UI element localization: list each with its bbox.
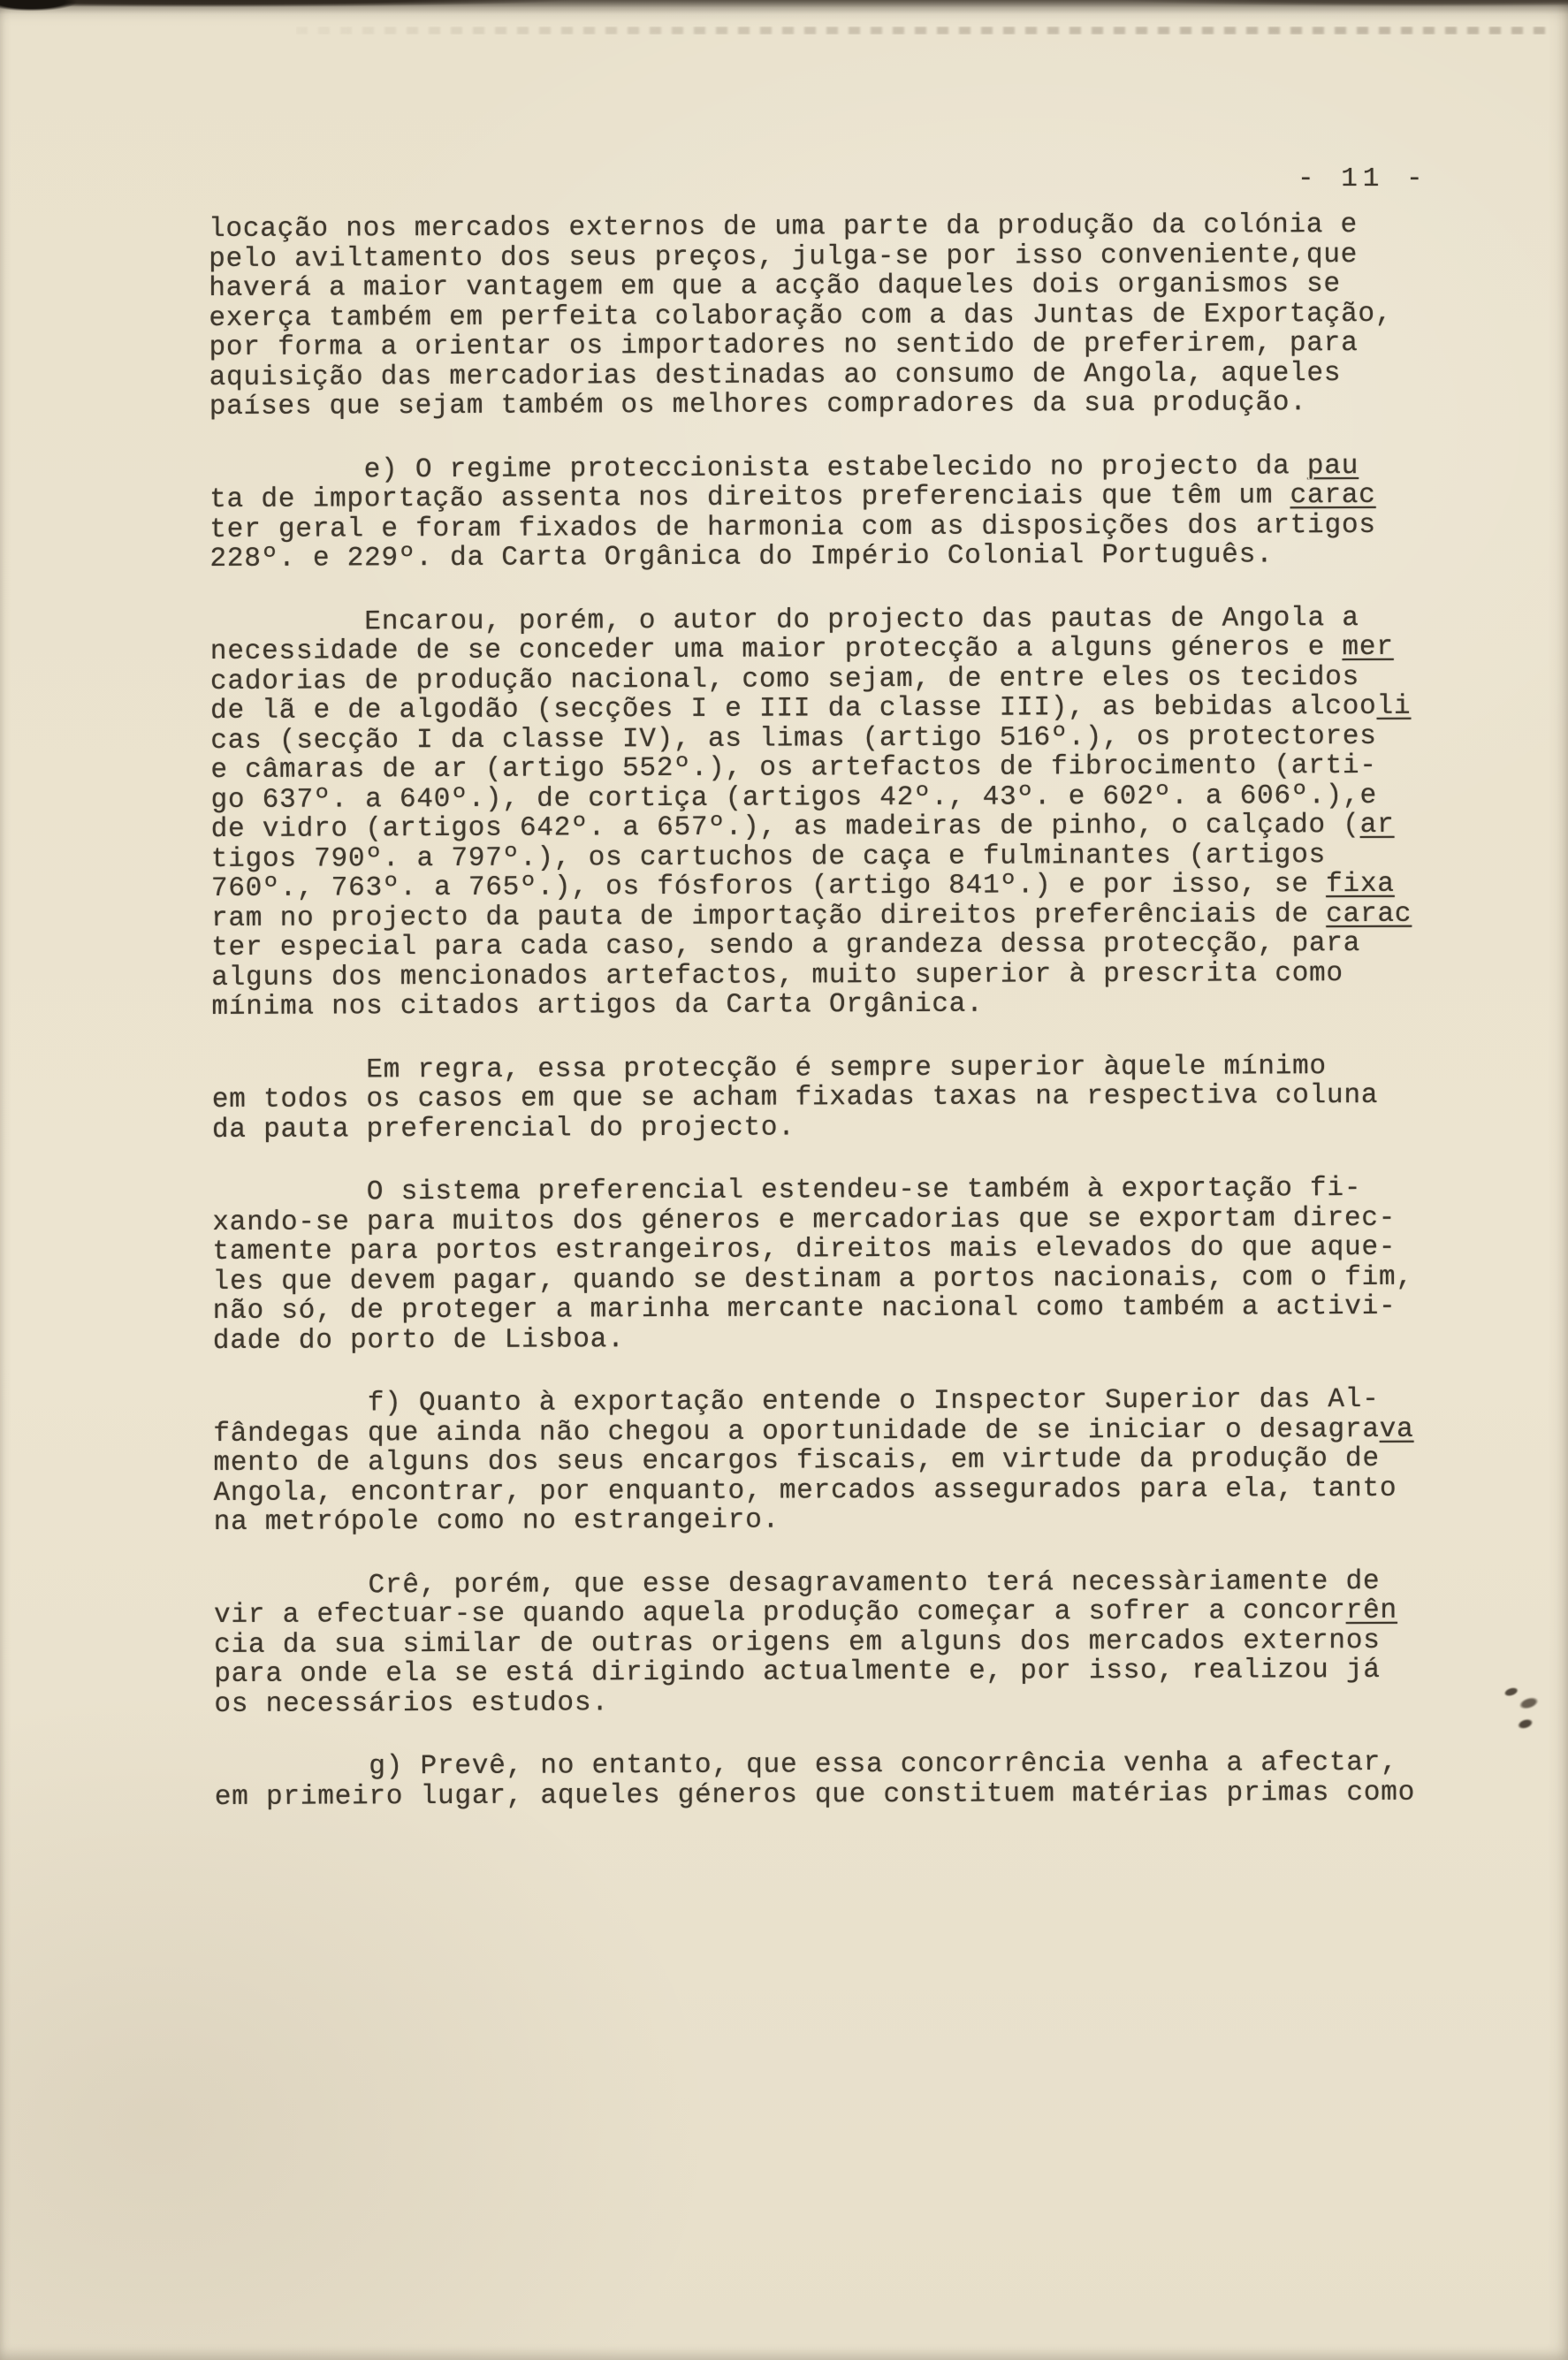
hyphenation-underline: li [1376,691,1411,722]
hyphenation-underline: ar [1360,810,1395,841]
paragraph: e) O regime proteccionista estabelecido … [209,451,1448,574]
text-line: para onde ela se está dirigindo actualme… [214,1656,1451,1690]
text-line: os necessários estudos. [214,1685,1451,1719]
text-line: da pauta preferencial do projecto. [212,1110,1450,1145]
hyphenation-underline: carac [1290,480,1376,511]
text-line: dade do porto de Lisboa. [213,1321,1450,1356]
hyphenation-underline: mer [1342,632,1393,663]
paragraph: locação nos mercados externos de uma par… [209,210,1447,423]
paragraph: Em regra, essa protecção é sempre superi… [212,1051,1450,1145]
text-line: em primeiro lugar, aqueles géneros que c… [215,1778,1452,1812]
paragraph: Crê, porém, que esse desagravamento terá… [214,1566,1452,1719]
hyphenation-underline: va [1380,1413,1414,1444]
page-number: - 11 - [1298,164,1428,194]
hyphenation-underline: rên [1346,1595,1397,1626]
hyphenation-underline: fixa [1326,869,1395,900]
text-line: 228º. e 229º. da Carta Orgânica do Impér… [209,540,1447,575]
text-line: mínima nos citados artigos da Carta Orgâ… [211,988,1449,1023]
paragraph: Encarou, porém, o autor do projecto das … [210,603,1450,1022]
text-line: na metrópole como no estrangeiro. [214,1504,1451,1538]
document-page: - 11 - locação nos mercados externos de … [0,0,1568,2360]
document-text: locação nos mercados externos de uma par… [209,210,1452,1812]
text-line: países que sejam também os melhores comp… [209,388,1447,423]
paragraph: f) Quanto à exportação entende o Inspect… [213,1385,1451,1538]
text-line: Angola, encontrar, por enquanto, mercado… [213,1473,1450,1508]
text-line: alguns dos mencionados artefactos, muito… [211,958,1449,993]
text-line: não só, de proteger a marinha mercante n… [213,1292,1450,1327]
paragraph: O sistema preferencial estendeu-se també… [212,1174,1450,1356]
paragraph: g) Prevê, no entanto, que essa concorrên… [215,1748,1452,1812]
text-line: em todos os casos em que se acham fixada… [212,1081,1450,1115]
ink-smudge [1495,1672,1556,1743]
typewriter-bleed-artifact [296,27,1551,34]
hyphenation-underline: pau [1307,451,1359,482]
scan-edge-artifact [0,0,1568,14]
hyphenation-underline: carac [1326,898,1412,929]
